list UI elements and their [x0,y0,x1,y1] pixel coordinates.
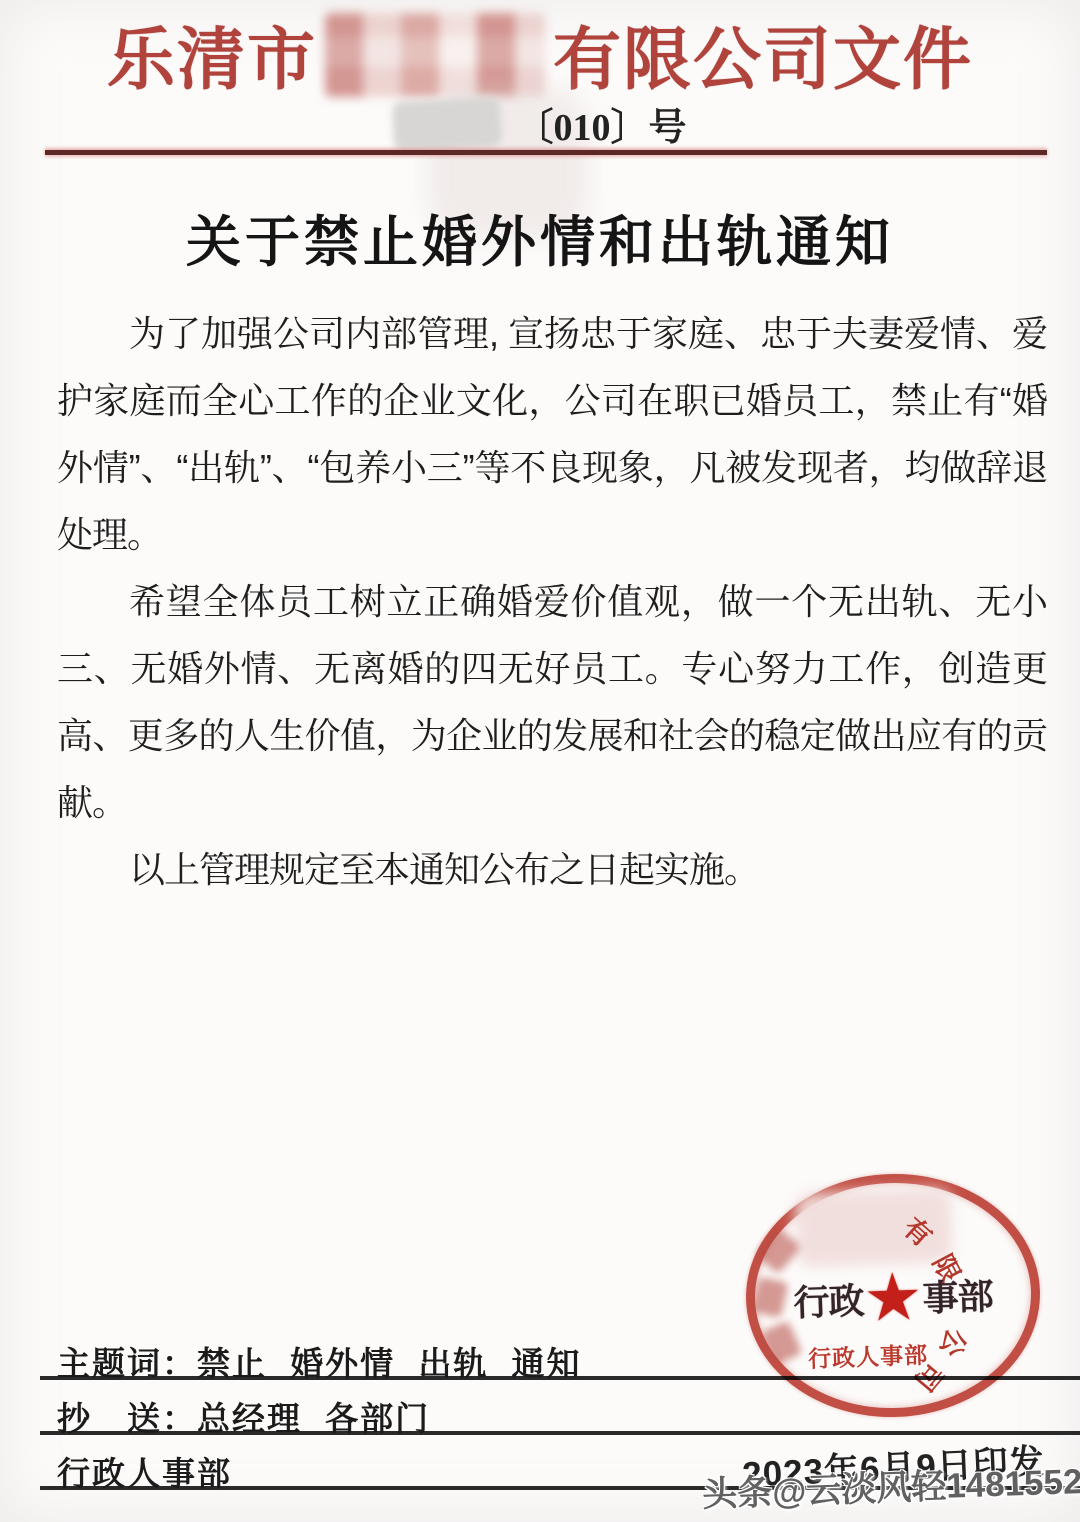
cc-row: 抄 送：总经理 各部门 [57,1393,430,1440]
official-seal: 有 限 公 司 行政 ★ 事部 行政人事部 [742,1169,1044,1422]
seal-center-right-text: 事部 [922,1268,994,1321]
subject-terms: 禁止 婚外情 出轨 通知 [197,1345,582,1382]
subject-row: 主题词：禁止 婚外情 出轨 通知 [57,1338,582,1385]
cc-value: 总经理 各部门 [197,1400,430,1437]
seal-center-band: 行政 ★ 事部 [745,1265,1041,1329]
page-title: 关于禁止婚外情和出轨通知 [0,198,1080,277]
paragraph-1: 为了加强公司内部管理, 宣扬忠于家庭、忠于夫妻爱情、爱护家庭而全心工作的企业文化… [57,300,1047,568]
paragraph-2: 希望全体员工树立正确婚爱价值观，做一个无出轨、无小三、无婚外情、无离婚的四无好员… [57,568,1047,836]
scanned-notice-document: 乐清市 有限公司文件 〔010〕号 关于禁止婚外情和出轨通知 为了加强公司内部管… [0,0,1080,1522]
paragraph-3: 以上管理规定至本通知公布之日起实施。 [57,836,1047,903]
org-name-suffix: 有限公司文件 [553,6,973,103]
censored-company-name-blur [325,13,545,97]
subject-label: 主题词： [57,1345,197,1382]
letterhead-divider [45,150,1047,155]
seal-center-left-text: 行政 [793,1273,865,1326]
issuer-name: 行政人事部 [57,1455,232,1492]
star-icon: ★ [863,1269,924,1325]
document-number-row: 〔010〕号 [0,96,1080,151]
issuer-row: 行政人事部 [57,1448,232,1495]
org-name-prefix: 乐清市 [107,6,317,103]
censored-number-prefix-blur [392,96,502,152]
document-number: 〔010〕号 [515,96,686,151]
cc-label: 抄 送： [57,1400,197,1437]
document-body: 为了加强公司内部管理, 宣扬忠于家庭、忠于夫妻爱情、爱护家庭而全心工作的企业文化… [57,300,1047,903]
